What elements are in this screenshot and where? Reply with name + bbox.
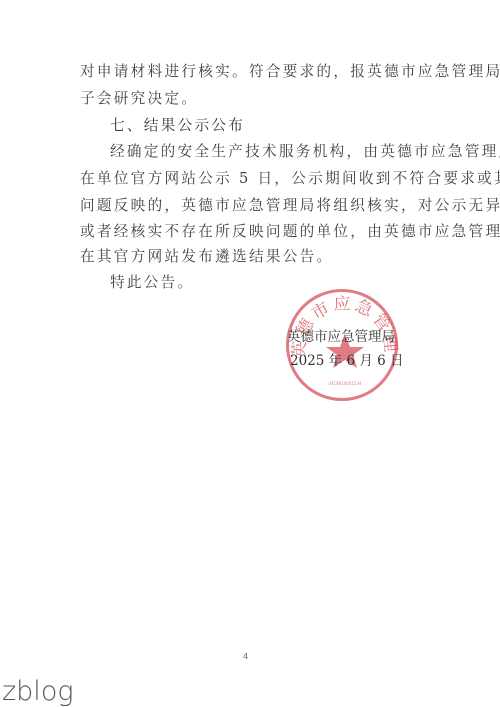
paragraph-line: 对申请材料进行核实。符合要求的，报英德市应急管理局班 — [80, 63, 500, 81]
svg-text:4418810001234: 4418810001234 — [328, 381, 362, 386]
seal-star-icon: 英德市应急管理局 4418810001234 — [289, 292, 401, 404]
watermark-text: zblog — [2, 676, 74, 707]
section-heading: 七、结果公示公布 — [110, 117, 245, 135]
body-line: 经确定的安全生产技术服务机构，由英德市应急管理局 — [110, 143, 500, 161]
closing-text: 特此公告。 — [110, 274, 194, 292]
page-number: 4 — [243, 652, 248, 661]
body-line: 在其官方网站发布遴选结果公告。 — [80, 248, 333, 266]
paragraph-line: 子会研究决定。 — [80, 90, 198, 108]
body-line: 或者经核实不存在所反映问题的单位，由英德市应急管理局 — [80, 223, 500, 241]
body-line: 在单位官方网站公示 5 日，公示期间收到不符合要求或其他 — [80, 170, 500, 188]
signature-date: 2025 年 6 月 6 日 — [290, 349, 404, 369]
official-seal-stamp: 英德市应急管理局 4418810001234 — [286, 289, 398, 401]
signature-org: 英德市应急管理局 — [287, 325, 395, 345]
body-line: 问题反映的，英德市应急管理局将组织核实，对公示无异议 — [80, 197, 500, 215]
document-page: 对申请材料进行核实。符合要求的，报英德市应急管理局班 子会研究决定。 七、结果公… — [0, 0, 500, 707]
